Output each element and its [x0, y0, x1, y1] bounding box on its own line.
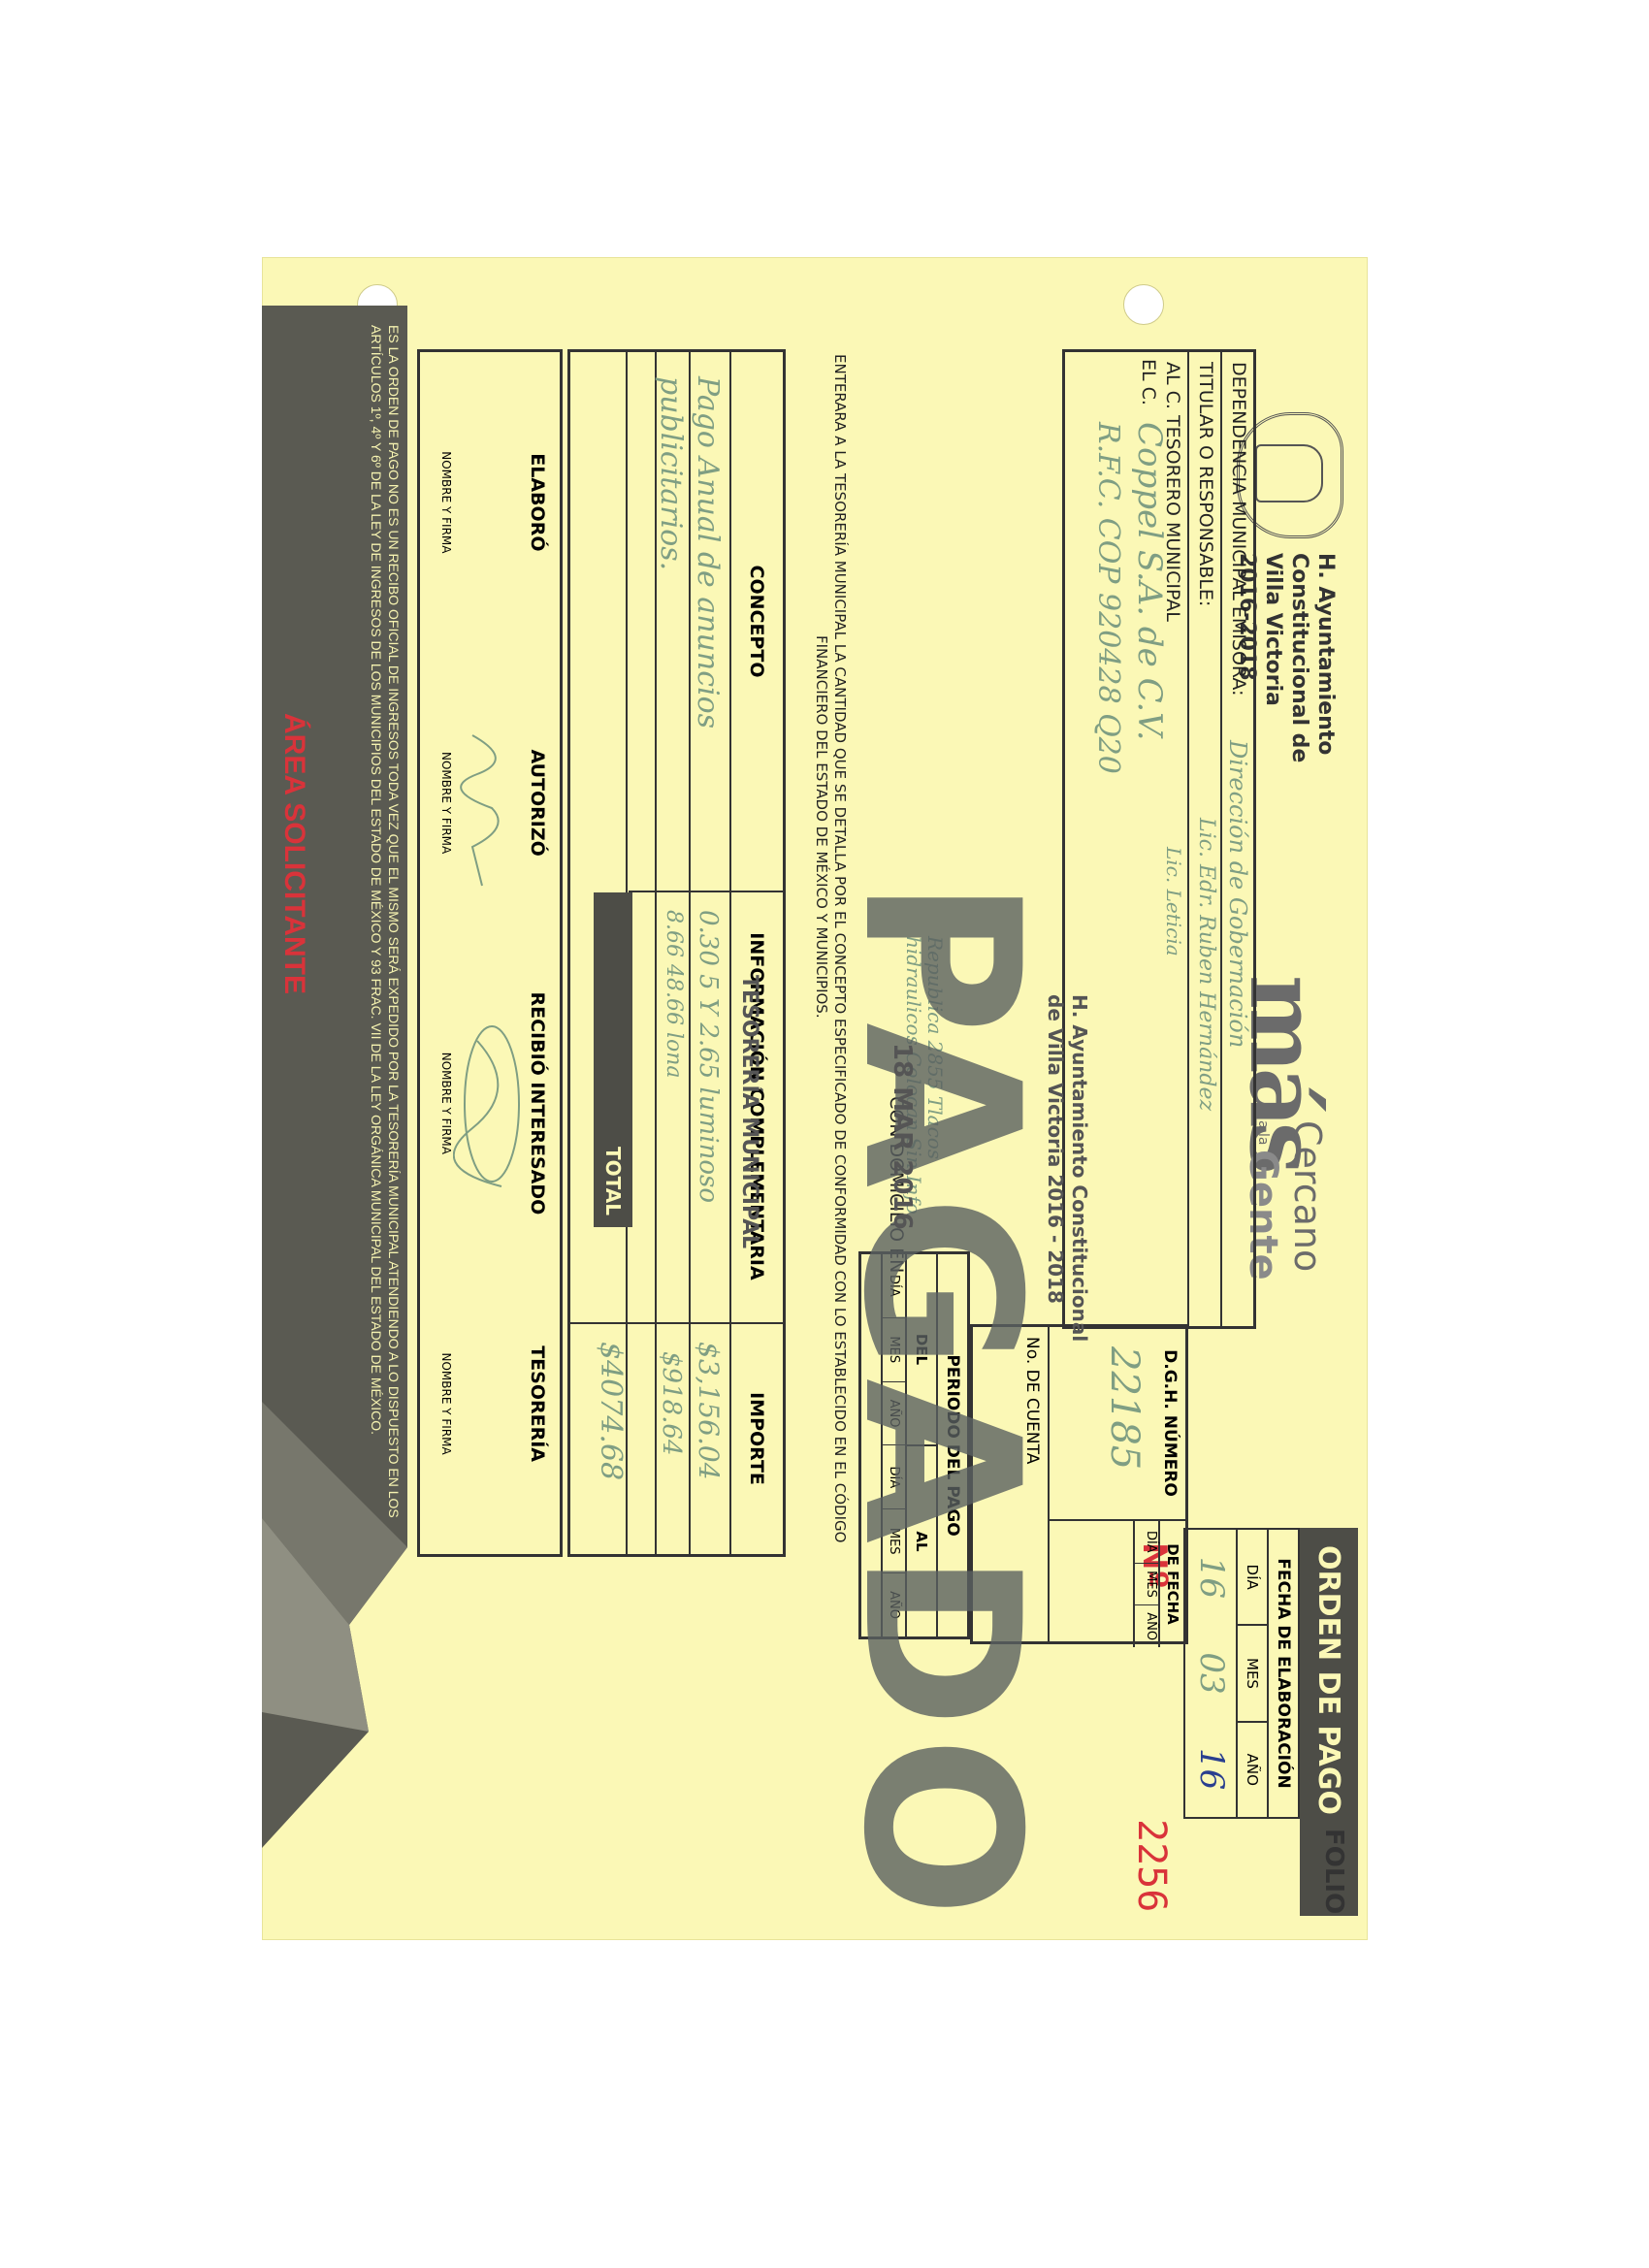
dgh-number: 22185 [1102, 1346, 1147, 1470]
folio-number: 2256 [1129, 1819, 1174, 1912]
fecha-elaboracion: FECHA DE ELABORACIÓN DÍA MES AÑO 16 03 1… [1183, 1528, 1300, 1819]
table-row: Pago Anual de anuncios [691, 376, 725, 729]
dependencia-value: Dirección de Gobernación [1224, 740, 1251, 1048]
punch-hole [1123, 284, 1164, 325]
tesorero-value: Lic. Leticia [1162, 847, 1185, 956]
titular-value: Lic. Edr. Ruben Hernández [1194, 818, 1218, 1111]
fecha-anio: 16 [1187, 1721, 1236, 1817]
table-cell-info: 0.30 5 Y 2.65 luminoso [694, 910, 723, 1203]
table-row: publicitarios. [654, 376, 688, 570]
contribuyente-rfc: R.F.C. COP 920428 Q20 [1091, 422, 1125, 774]
stamp-date: 18 MAR 2016 [888, 1043, 917, 1230]
table-cell-info: 8.66 48.66 lona [662, 910, 686, 1079]
total-value: $4074.68 [594, 1342, 628, 1480]
signature-scribble-icon [453, 730, 521, 895]
paid-stamp: PAGADO H. Ayuntamiento Constitucional de… [727, 878, 1048, 1576]
fecha-dia: 16 [1187, 1530, 1236, 1626]
signature-scribble-icon [453, 1012, 531, 1206]
legal-notice: ES LA ORDEN DE PAGO NO ES UN RECIBO OFIC… [368, 325, 403, 1547]
payment-order-card: H. Ayuntamiento Constitucional de Villa … [262, 257, 1368, 1940]
signature-recibio: RECIBIÓ INTERESADO NOMBRE Y FIRMA [420, 954, 560, 1254]
fecha-mes: 03 [1187, 1626, 1236, 1722]
signature-autorizo: AUTORIZÓ NOMBRE Y FIRMA [420, 653, 560, 954]
footer-band: ES LA ORDEN DE PAGO NO ES UN RECIBO OFIC… [262, 257, 407, 1940]
total-label: TOTAL [594, 892, 632, 1227]
contribuyente-name: Coppel S.A. de C.V. [1130, 422, 1169, 741]
folio-label: FOLIO [1319, 1829, 1348, 1914]
table-cell-importe: $3,156.04 [693, 1342, 725, 1480]
document-scan: H. Ayuntamiento Constitucional de Villa … [262, 257, 1368, 1940]
signature-elaboro: ELABORÓ NOMBRE Y FIRMA [420, 352, 560, 653]
signature-section: ELABORÓ NOMBRE Y FIRMA AUTORIZÓ NOMBRE Y… [417, 349, 563, 1557]
table-cell-importe: $918.64 [657, 1351, 686, 1456]
area-solicitante: ÁREA SOLICITANTE [277, 713, 310, 994]
signature-tesoreria: TESORERÍA NOMBRE Y FIRMA [420, 1253, 560, 1554]
